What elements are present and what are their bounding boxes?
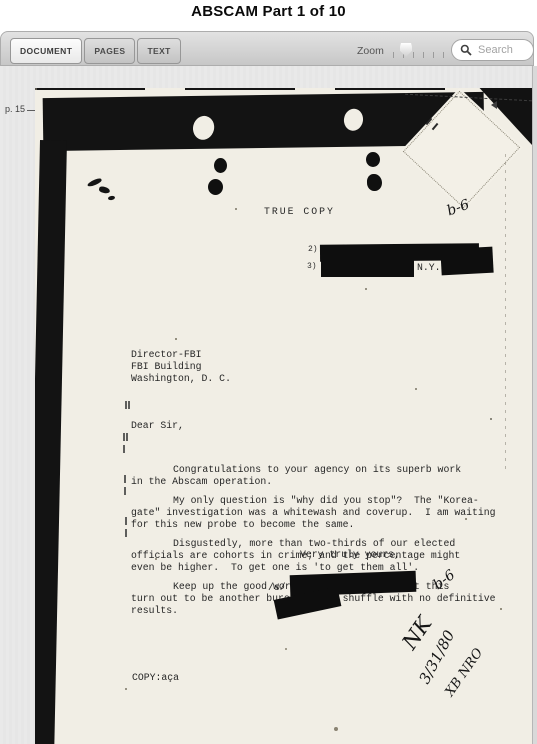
address-line: Washington, D. C. (131, 373, 513, 385)
letter-line: for this new probe to become the same. (131, 519, 513, 531)
margin-pen-mark (126, 433, 128, 441)
document-viewer-app: ABSCAM Part 1 of 10 DOCUMENTPAGESTEXT Zo… (0, 0, 537, 744)
closing-line: Very truly yours, (300, 549, 400, 560)
tab-text[interactable]: TEXT (137, 38, 180, 64)
margin-pen-mark (125, 401, 127, 409)
ink-dot (367, 174, 382, 191)
margin-pen-mark (123, 445, 125, 453)
search-icon (460, 44, 472, 56)
handwritten-initials: XB NRO (443, 646, 487, 699)
page-title: ABSCAM Part 1 of 10 (0, 3, 537, 20)
signature-mark: /s/ (268, 582, 286, 593)
zoom-slider-ticks (393, 52, 451, 58)
document-scan[interactable]: TRUE COPY b-6 2) 3) N.Y. Director-FBIFBI… (35, 88, 533, 744)
margin-pen-mark (128, 401, 130, 409)
address-line: Director-FBI (131, 349, 513, 361)
margin-pen-mark (125, 529, 127, 537)
ink-dot (214, 158, 227, 173)
margin-pen-mark (125, 517, 127, 525)
search-box[interactable] (451, 39, 534, 61)
ink-smudge (108, 195, 116, 200)
page-number-label: p. 15 (5, 104, 25, 114)
letter-paragraph: Congratulations to your agency on its su… (131, 464, 513, 488)
punch-hole (342, 107, 364, 132)
punch-hole (190, 114, 216, 142)
salutation: Dear Sir, (131, 420, 513, 432)
redaction-bar (321, 260, 414, 277)
margin-pen-mark (123, 433, 125, 441)
redaction-visible-text: N.Y. (417, 262, 441, 273)
ink-dot (366, 152, 380, 167)
paper-specks (35, 88, 37, 90)
redaction-annotation: 2) (308, 245, 318, 254)
ink-smudge (98, 186, 110, 194)
scrollbar[interactable] (532, 66, 537, 744)
redaction-annotation: 3) (307, 262, 317, 271)
arrowhead-mark (487, 101, 497, 109)
tab-pages[interactable]: PAGES (84, 38, 135, 64)
scan-black-band-left (35, 140, 67, 744)
tab-bar: DOCUMENTPAGESTEXT (10, 38, 181, 64)
copy-notation: COPY:aça (132, 672, 179, 683)
letter-line: My only question is "why did you stop"? … (131, 495, 513, 507)
address-line: FBI Building (131, 361, 513, 373)
margin-pen-mark (124, 487, 126, 495)
letter-line: in the Abscam operation. (131, 476, 513, 488)
scan-top-edge (35, 88, 532, 90)
zoom-slider[interactable] (393, 43, 451, 59)
redaction-bar (440, 247, 493, 276)
letter-line: even be higher. To get one is 'to get th… (131, 562, 513, 574)
letter-line: gate" investigation was a whitewash and … (131, 507, 513, 519)
zoom-label: Zoom (357, 45, 384, 57)
toolbar: DOCUMENTPAGESTEXT Zoom (0, 31, 534, 66)
letter-paragraph: My only question is "why did you stop"? … (131, 495, 513, 531)
margin-pen-mark (124, 475, 126, 483)
tab-document[interactable]: DOCUMENT (10, 38, 82, 64)
search-input[interactable] (476, 43, 532, 57)
address-block: Director-FBIFBI BuildingWashington, D. C… (131, 349, 513, 385)
true-copy-stamp: TRUE COPY (264, 206, 335, 217)
viewer-content: p. 15 TRUE COPY b-6 2) (0, 66, 537, 744)
letter-line: Congratulations to your agency on its su… (131, 464, 513, 476)
exemption-code-top: b-6 (445, 197, 472, 220)
ink-dot (208, 179, 223, 195)
